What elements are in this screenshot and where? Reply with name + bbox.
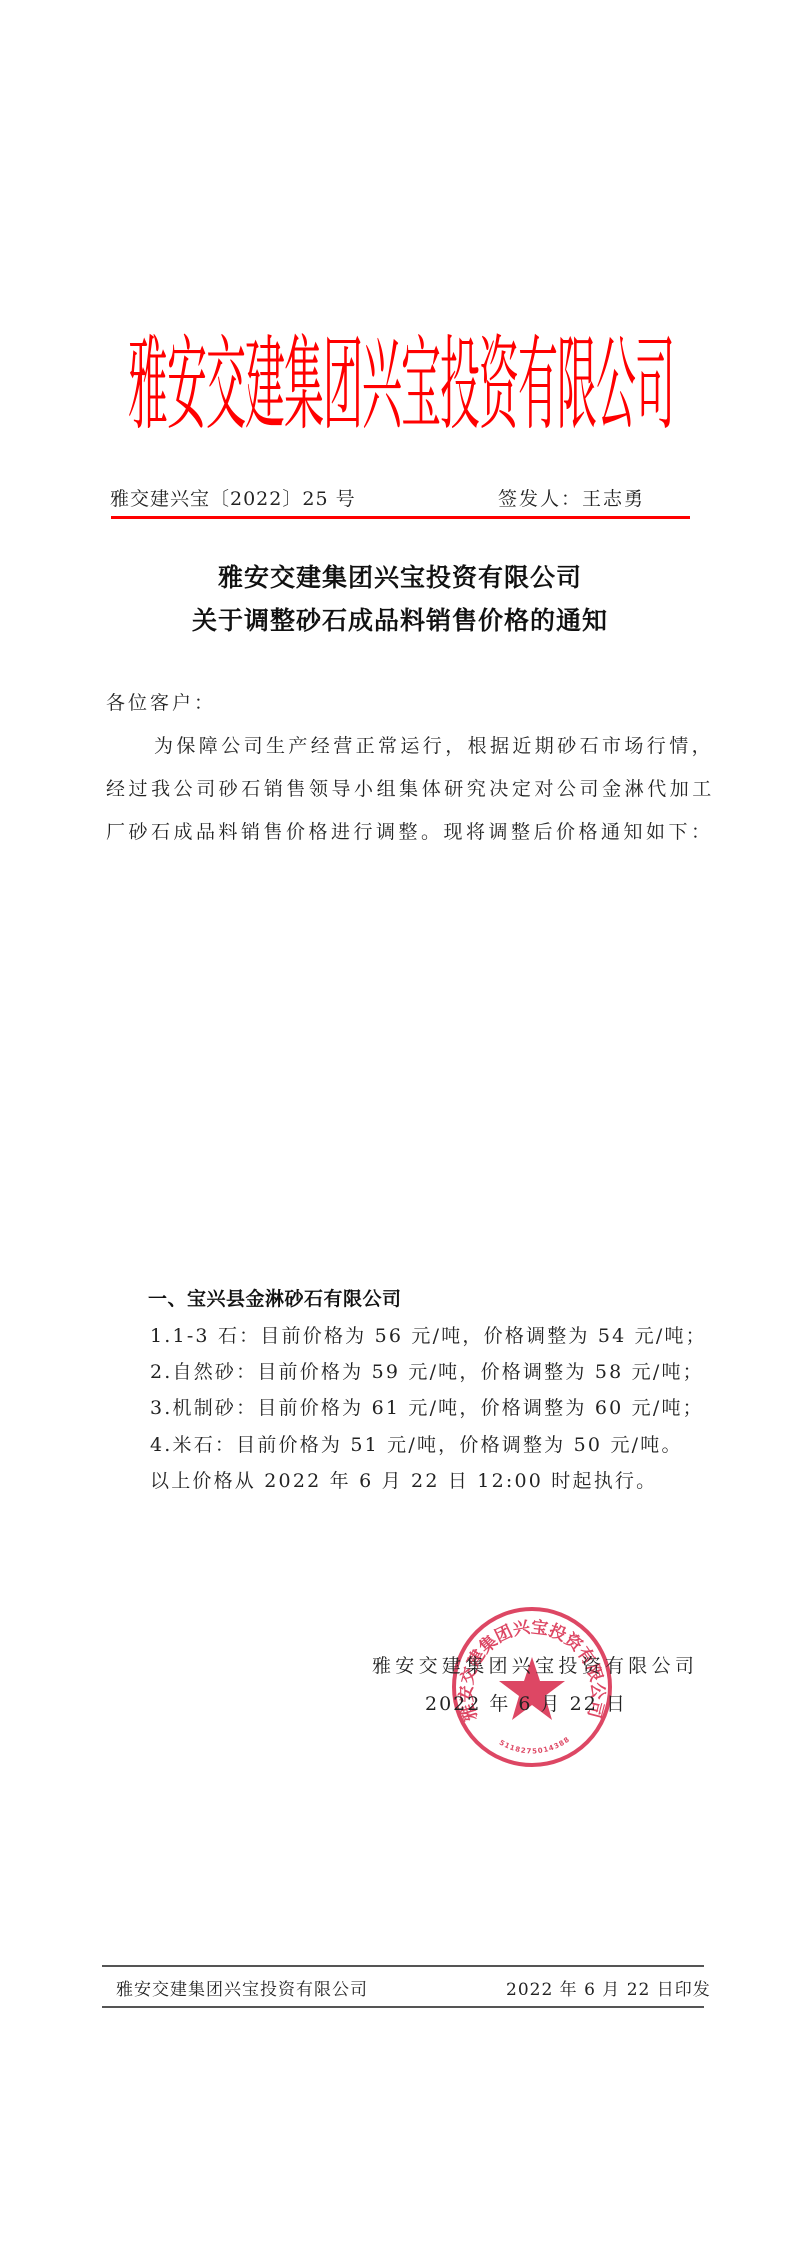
signature-company: 雅安交建集团兴宝投资有限公司 bbox=[372, 1651, 698, 1678]
document-page: 雅安交建集团兴宝投资有限公司 雅交建兴宝〔2022〕25 号 签发人：王志勇 雅… bbox=[0, 0, 800, 2263]
footer-issuing-company: 雅安交建集团兴宝投资有限公司 bbox=[116, 1975, 368, 2000]
banner-char: 兴 bbox=[362, 336, 401, 438]
paragraph-line: 厂砂石成品料销售价格进行调整。现将调整后价格通知如下： bbox=[106, 817, 714, 844]
paragraph-line: 为保障公司生产经营正常运行，根据近期砂石市场行情， bbox=[154, 731, 714, 758]
red-divider-line bbox=[111, 516, 690, 519]
footer-print-date: 2022 年 6 月 22 日印发 bbox=[506, 1975, 711, 2000]
greeting: 各位客户： bbox=[106, 688, 216, 715]
footer-bottom-line bbox=[102, 2006, 704, 2008]
official-seal-icon: 雅安交建集团兴宝投资有限公司 5118275014388 bbox=[450, 1605, 614, 1769]
banner-char: 资 bbox=[479, 336, 518, 438]
paragraph-line: 经过我公司砂石销售领导小组集体研究决定对公司金淋代加工 bbox=[106, 774, 715, 801]
effective-date-statement: 以上价格从 2022 年 6 月 22 日 12:00 时起执行。 bbox=[150, 1466, 657, 1493]
signature-date: 2022 年 6 月 22 日 bbox=[425, 1689, 627, 1716]
banner-char: 限 bbox=[557, 336, 596, 438]
banner-char: 公 bbox=[596, 336, 635, 438]
banner-char: 交 bbox=[206, 336, 245, 438]
price-item: 4.米石：目前价格为 51 元/吨，价格调整为 50 元/吨。 bbox=[150, 1430, 683, 1457]
banner-char: 建 bbox=[245, 336, 284, 438]
banner-char: 司 bbox=[635, 336, 674, 438]
banner-char: 有 bbox=[518, 336, 557, 438]
banner-char: 宝 bbox=[401, 336, 440, 438]
section-heading: 一、宝兴县金淋砂石有限公司 bbox=[148, 1284, 402, 1311]
footer-top-line bbox=[102, 1965, 704, 1967]
svg-text:5118275014388: 5118275014388 bbox=[498, 1735, 572, 1755]
notice-title-line-1: 雅安交建集团兴宝投资有限公司 bbox=[0, 558, 800, 594]
banner-char: 集 bbox=[284, 336, 323, 438]
banner-char: 投 bbox=[440, 336, 479, 438]
price-item: 1.1-3 石：目前价格为 56 元/吨，价格调整为 54 元/吨； bbox=[150, 1321, 707, 1348]
issuer: 签发人：王志勇 bbox=[498, 484, 645, 511]
price-item: 3.机制砂：目前价格为 61 元/吨，价格调整为 60 元/吨； bbox=[150, 1393, 704, 1420]
document-number: 雅交建兴宝〔2022〕25 号 bbox=[110, 484, 356, 511]
banner-char: 团 bbox=[323, 336, 362, 438]
red-banner-title: 雅安交建集团兴宝投资有限公司 bbox=[128, 332, 674, 442]
banner-char: 雅 bbox=[128, 336, 167, 438]
banner-char: 安 bbox=[167, 336, 206, 438]
notice-title-line-2: 关于调整砂石成品料销售价格的通知 bbox=[0, 601, 800, 637]
price-item: 2.自然砂：目前价格为 59 元/吨，价格调整为 58 元/吨； bbox=[150, 1357, 704, 1384]
